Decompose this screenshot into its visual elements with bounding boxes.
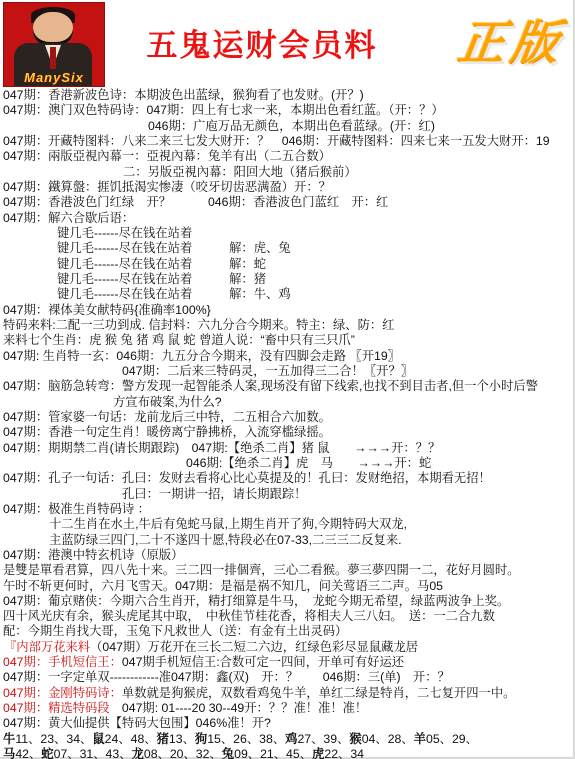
text-segment: 047期：一字定单双------------准047期：鑫(双) 开：？ 046…: [3, 670, 450, 684]
text-segment: 05、29、: [426, 732, 478, 746]
text-line: 十二生肖在水土,牛后有兔蛇马鼠,上期生肖开了狗,今期特码大双龙,: [0, 517, 573, 532]
text-line: 047期：脑筋急转弯：警方发现一起智能杀人案,现场没有留下线索,也找不到目击者,…: [0, 379, 573, 394]
text-line: 马42、蛇07、31、43、龙08、20、32、兔09、21、45、虎22、34: [0, 747, 573, 759]
tip-sheet-page: ManySix 五鬼运财会员料 正版 047期：香港新波色诗：本期波色出蓝绿，猴…: [0, 0, 575, 759]
text-line: 主蓝防绿三四门,二十不遂四十愿,特段必在07-33,二三三二反复来.: [0, 533, 573, 548]
text-line: 047期：极准生肖特码诗 ：: [0, 502, 573, 517]
text-segment: 兔: [222, 747, 234, 759]
text-line: 孔曰：一期讲一招，请长期跟踪！: [0, 487, 573, 502]
text-line: 046期:【绝杀二肖】虎 马 →→→开：蛇: [0, 456, 573, 471]
text-segment: 24、48、: [105, 732, 157, 746]
text-segment: 孔曰：一期讲一招，请长期跟踪！: [122, 487, 306, 501]
photo-tie-shape: [50, 47, 56, 69]
text-segment: 二：另版亞視內幕：阳回大地（猪后猴前）: [123, 165, 357, 179]
text-segment: 键几毛------尽在钱在站着 解：虎、兔: [57, 241, 291, 255]
text-segment: 牛: [3, 732, 15, 746]
content-lines: 047期：香港新波色诗：本期波色出蓝绿，猴狗看了也发财。(开？)047期：澳门双…: [0, 88, 573, 759]
text-segment: 047期：兩版亞視內幕一：亞視內幕：兔羊有出（二五合数）: [3, 149, 331, 163]
text-line: 047期：裸体美女献特码{准确率100%}: [0, 303, 573, 318]
genuine-edition-badge: 正版: [454, 6, 569, 73]
photo-caption: ManySix: [4, 70, 104, 85]
text-line: 特码来料:二配一三功到成. 信封料：六九分合今期来。特主：绿、防：红: [0, 318, 573, 333]
text-segment: 047期：脑筋急转弯：警方发现一起智能杀人案,现场没有留下线索,也找不到目击者,…: [3, 379, 538, 393]
text-segment: 来料七个生肖：虎 猴 兔 猪 鸡 鼠 蛇 曾道人说：“畜中只有三只爪”: [3, 333, 355, 347]
text-segment: （047期）万花开在三长二短二六边，红绿色彩尽显鼠藏龙居: [90, 640, 418, 654]
text-segment: 07、31、43、: [54, 747, 132, 759]
text-segment: 单数就是狗猴虎，双数看鸡兔牛羊，单红二绿是特肖，二七复开四一中。: [122, 686, 516, 700]
text-line: 方宣布破案,为什么?: [0, 395, 573, 410]
text-line: 键几毛------尽在钱在站着: [0, 226, 573, 241]
text-segment: 22、34: [324, 747, 364, 759]
text-segment: 鼠: [92, 732, 104, 746]
text-segment: 27、39、: [297, 732, 349, 746]
text-segment: 特码来料:二配一三功到成. 信封料：六九分合今期来。特主：绿、防：红: [3, 318, 394, 332]
text-line: 键几毛------尽在钱在站着 解：虎、兔: [0, 241, 573, 256]
text-line: 047期：孔子一句话：孔曰：发财去看将心比心莫提及的！孔曰：发财绝招，本期看无招…: [0, 471, 573, 486]
text-segment: 鸡: [285, 732, 297, 746]
text-segment: 十二生肖在水土,牛后有兔蛇马鼠,上期生肖开了狗,今期特码大双龙,: [49, 517, 407, 531]
text-segment: 047期：极准生肖特码诗 ：: [3, 502, 150, 516]
text-line: 047期：解六合歇后语：: [0, 211, 573, 226]
text-segment: 主蓝防绿三四门,二十不遂四十愿,特段必在07-33,二三三二反复来.: [49, 533, 402, 547]
text-segment: 047期：解六合歇后语：: [3, 211, 134, 225]
text-segment: 047期：金刚特码诗：: [3, 686, 122, 700]
text-segment: 蛇: [41, 747, 53, 759]
text-line: 047期：期期禁二肖(请长期跟踪) 047期:【绝杀二肖】猪 鼠 →→→开：？？: [0, 441, 573, 456]
text-segment: 046期：广庖万品无颜色，本期出色看蓝绿。(开：红): [148, 119, 435, 133]
text-line: 四十风光庆有余，猴头虎尾其中取， 中秋佳节桂花香，将相夫人三八妇。 送：一二合九…: [0, 609, 573, 624]
text-line: 午时不斩更何时，六月飞雪天。047期：是福是祸不知几，问关莺语三二声。马05: [0, 579, 573, 594]
text-segment: 15、26、38、: [207, 732, 285, 746]
text-segment: 047期：手机短信王：: [3, 655, 122, 669]
text-segment: 午时不斩更何时，六月飞雪天。047期：是福是祸不知几，问关莺语三二声。马05: [3, 579, 443, 593]
text-line: 047期：一字定单双------------准047期：鑫(双) 开：？ 046…: [0, 670, 573, 685]
text-segment: 04、28、: [362, 732, 414, 746]
text-line: 047期：手机短信王：047期手机短信王:合数可定一四间，开单可有好运还: [0, 655, 573, 670]
text-segment: 四十风光庆有余，猴头虎尾其中取， 中秋佳节桂花香，将相夫人三八妇。 送：一二合九…: [3, 609, 495, 623]
text-line: 047期：葡京赌侠：今期六合生肖开，精打细算是牛马， 龙蛇今期无希望，绿蓝两波争…: [0, 594, 573, 609]
text-segment: 047期手机短信王:合数可定一四间，开单可有好运还: [122, 655, 404, 669]
text-segment: 047期：香港一句定生肖！暖傍离宁静拂桥，入流穿槛绿摇。: [3, 425, 331, 439]
text-segment: 047期：葡京赌侠：今期六合生肖开，精打细算是牛马， 龙蛇今期无希望，绿蓝两波争…: [3, 594, 509, 608]
text-segment: 047期：香港新波色诗：本期波色出蓝绿，猴狗看了也发财。(开？): [3, 88, 364, 102]
text-line: 047期：香港一句定生肖！暖傍离宁静拂桥，入流穿槛绿摇。: [0, 425, 573, 440]
text-segment: 『内部万花来料: [4, 640, 90, 654]
text-line: 二：另版亞視內幕：阳回大地（猪后猴前）: [0, 165, 573, 180]
text-segment: 047期：二后来三特码灵，一五加得三二合！〖开？〗: [122, 364, 413, 378]
text-line: 047期：澳门双色特码诗：047期：四上有七求一来，本期出色看红蓝。（开：？）: [0, 103, 573, 118]
text-segment: 047期: 生肖特一玄：046期：九五分合今期来，没有四脚会走路 〖开19〗: [3, 349, 400, 363]
text-segment: 08、20、32、: [144, 747, 222, 759]
text-line: 047期：黄大仙提供【特码大包围】046%准！开?: [0, 716, 573, 731]
text-segment: 猴: [349, 732, 361, 746]
text-line: 047期：管家婆一句话：龙前龙后三中特，二五相合六加数。: [0, 410, 573, 425]
text-line: 键几毛------尽在钱在站着 解：猪: [0, 272, 573, 287]
text-segment: 狗: [195, 732, 207, 746]
text-segment: 配：今期生肖找大哥，玉兔下凡救世人（送：有金有土出灵码）: [3, 624, 347, 638]
text-segment: 047期：港澳中特玄机诗（原版）: [3, 548, 183, 562]
text-line: 047期：开藏特图料：八来二来三七发大财开：？ 046期：开藏特图料：四来七来一…: [0, 134, 573, 149]
text-segment: 046期:【绝杀二肖】虎 马 →→→开：蛇: [186, 456, 431, 470]
text-segment: 11、23、34、: [15, 732, 92, 746]
text-segment: 047期：澳门双色特码诗：047期：四上有七求一来，本期出色看红蓝。（开：？）: [3, 103, 444, 117]
text-line: 047期: 生肖特一玄：046期：九五分合今期来，没有四脚会走路 〖开19〗: [0, 349, 573, 364]
text-line: 配：今期生肖找大哥，玉兔下凡救世人（送：有金有土出灵码）: [0, 624, 573, 639]
text-line: 『内部万花来料（047期）万花开在三长二短二六边，红绿色彩尽显鼠藏龙居: [0, 640, 573, 655]
text-segment: 047期：黄大仙提供【特码大包围】046%准！开?: [3, 716, 271, 730]
text-segment: 047期：精选特码段: [3, 701, 110, 715]
text-segment: 047期：香港波色门红绿 开？ 046期：香港波色门蓝红 开：红: [3, 195, 388, 209]
text-segment: 09、21、45、: [234, 747, 312, 759]
text-segment: 键几毛------尽在钱在站着 解：蛇: [57, 257, 266, 271]
text-line: 047期：香港波色门红绿 开？ 046期：香港波色门蓝红 开：红: [0, 195, 573, 210]
page-title: 五鬼运财会员料: [122, 20, 402, 65]
text-line: 046期：广庖万品无颜色，本期出色看蓝绿。(开：红): [0, 119, 573, 134]
text-line: 来料七个生肖：虎 猴 兔 猪 鸡 鼠 蛇 曾道人说：“畜中只有三只爪”: [0, 333, 573, 348]
text-line: 047期：二后来三特码灵，一五加得三二合！〖开？〗: [0, 364, 573, 379]
text-segment: 虎: [312, 747, 324, 759]
text-segment: 猪: [157, 732, 169, 746]
text-line: 047期：兩版亞視內幕一：亞視內幕：兔羊有出（二五合数）: [0, 149, 573, 164]
text-line: 047期：香港新波色诗：本期波色出蓝绿，猴狗看了也发财。(开？): [0, 88, 573, 103]
text-segment: 键几毛------尽在钱在站着: [57, 226, 192, 240]
text-segment: 键几毛------尽在钱在站着 解：猪: [57, 272, 266, 286]
text-line: 键几毛------尽在钱在站着 解：牛、鸡: [0, 287, 573, 302]
text-line: 047期：港澳中特玄机诗（原版）: [0, 548, 573, 563]
page-header: ManySix 五鬼运财会员料 正版: [0, 0, 573, 88]
text-line: 牛11、23、34、鼠24、48、猪13、狗15、26、38、鸡27、39、猴0…: [0, 732, 573, 747]
text-line: 是雙是單看君算，四八先十来。三二四一排個齊，三心二看猴。夢三夢四開一二，花好月圆…: [0, 563, 573, 578]
text-segment: 047期：期期禁二肖(请长期跟踪) 047期:【绝杀二肖】猪 鼠 →→→开：？？: [3, 441, 440, 455]
text-segment: 047期: 01----20 30--49开：？？准！准！准！: [110, 701, 368, 715]
text-segment: 047期：鐵算盤：捱饥抵渴实惨凄（咬牙切齿恶满盈）开：？: [3, 180, 331, 194]
photo-face-shape: [33, 12, 73, 46]
text-segment: 13、: [169, 732, 195, 746]
text-segment: 047期：开藏特图料：八来二来三七发大财开：？ 046期：开藏特图料：四来七来一…: [3, 134, 550, 148]
text-segment: 是雙是單看君算，四八先十来。三二四一排個齊，三心二看猴。夢三夢四開一二，花好月圆…: [3, 563, 519, 577]
text-line: 047期：金刚特码诗：单数就是狗猴虎，双数看鸡兔牛羊，单红二绿是特肖，二七复开四…: [0, 686, 573, 701]
text-line: 键几毛------尽在钱在站着 解：蛇: [0, 257, 573, 272]
text-segment: 马: [3, 747, 15, 759]
text-segment: 42、: [15, 747, 41, 759]
text-segment: 羊: [414, 732, 426, 746]
member-photo: ManySix: [3, 2, 105, 87]
text-line: 047期：精选特码段 047期: 01----20 30--49开：？？准！准！…: [0, 701, 573, 716]
text-segment: 键几毛------尽在钱在站着 解：牛、鸡: [57, 287, 291, 301]
text-segment: 047期：裸体美女献特码{准确率100%}: [3, 303, 211, 317]
text-line: 047期：鐵算盤：捱饥抵渴实惨凄（咬牙切齿恶满盈）开：？: [0, 180, 573, 195]
text-segment: 047期：管家婆一句话：龙前龙后三中特，二五相合六加数。: [3, 410, 331, 424]
text-segment: 方宣布破案,为什么?: [113, 395, 222, 409]
text-segment: 047期：孔子一句话：孔曰：发财去看将心比心莫提及的！孔曰：发财绝招，本期看无招…: [3, 471, 491, 485]
text-segment: 龙: [132, 747, 144, 759]
